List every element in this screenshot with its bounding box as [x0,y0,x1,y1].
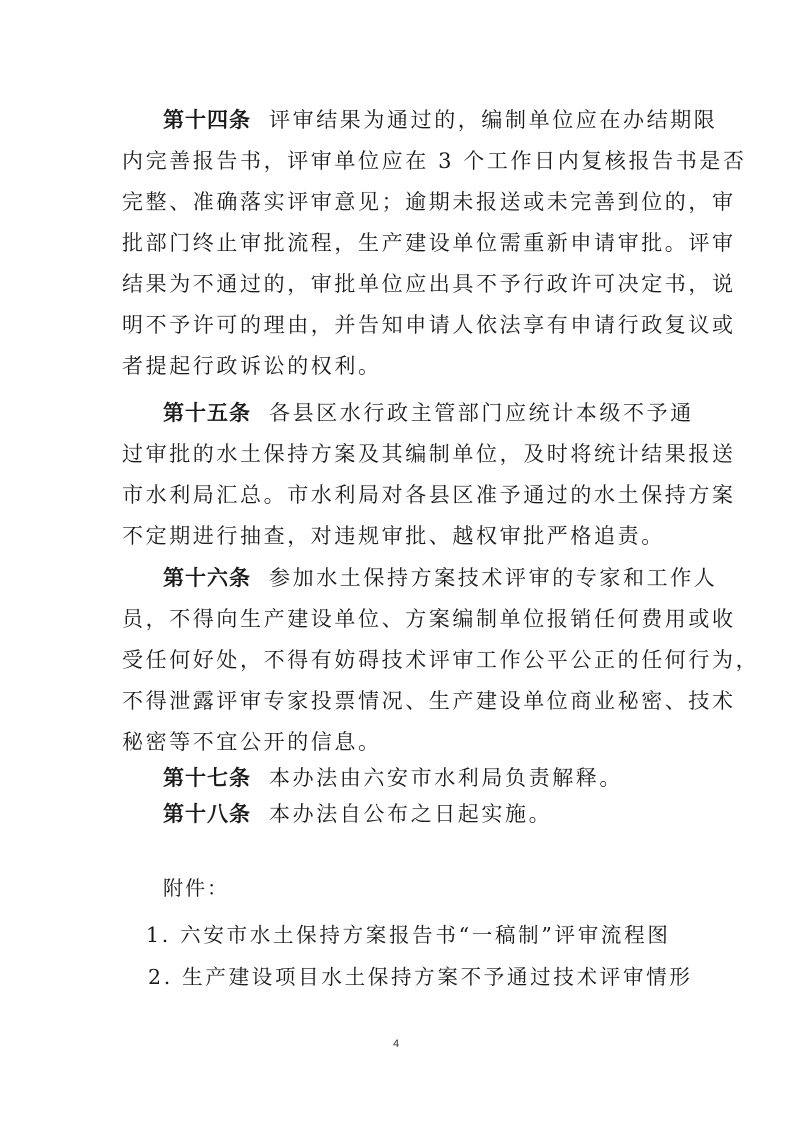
article-line: 不定期进行抽查，对违规审批、越权审批严格追责。 [122,516,670,557]
article-line: 内完善报告书，评审单位应在 3 个工作日内复核报告书是否 [122,141,670,182]
article-number: 第十四条 [163,108,251,132]
article-line: 第十五条各县区水行政主管部门应统计本级不予通 [122,393,670,434]
article-line: 受任何好处，不得有妨碍技术评审工作公平公正的任何行为， [122,640,670,681]
article-number: 第十六条 [163,566,251,590]
article-line: 市水利局汇总。市水利局对各县区准予通过的水土保持方案 [122,475,670,516]
article-text: 参加水土保持方案技术评审的专家和工作人 [269,566,717,590]
article-number: 第十八条 [163,802,251,826]
article-line: 过审批的水土保持方案及其编制单位，及时将统计结果报送 [122,434,670,475]
article-line: 员，不得向生产建设单位、方案编制单位报销任何费用或收 [122,599,670,640]
article-line: 第十四条评审结果为通过的，编制单位应在办结期限 [122,100,670,141]
article-line: 第十六条参加水土保持方案技术评审的专家和工作人 [122,558,670,599]
article-16: 第十六条参加水土保持方案技术评审的专家和工作人 员，不得向生产建设单位、方案编制… [122,558,670,763]
article-text: 本办法由六安市水利局负责解释。 [269,766,623,790]
article-line: 明不予许可的理由，并告知申请人依法享有申请行政复议或 [122,305,670,346]
article-line: 第十八条本办法自公布之日起实施。 [122,796,670,832]
article-number: 第十七条 [163,766,251,790]
article-14: 第十四条评审结果为通过的，编制单位应在办结期限 内完善报告书，评审单位应在 3 … [122,100,670,387]
article-18: 第十八条本办法自公布之日起实施。 [122,796,670,832]
article-text: 各县区水行政主管部门应统计本级不予通 [269,401,694,425]
article-line: 不得泄露评审专家投票情况、生产建设单位商业秘密、技术 [122,681,670,722]
article-text: 本办法自公布之日起实施。 [269,802,552,826]
attachments-label: 附件： [163,872,229,901]
article-line: 者提起行政诉讼的权利。 [122,346,670,387]
document-page: 第十四条评审结果为通过的，编制单位应在办结期限 内完善报告书，评审单位应在 3 … [0,0,793,1122]
article-17: 第十七条本办法由六安市水利局负责解释。 [122,760,670,796]
article-line: 完整、准确落实评审意见；逾期未报送或未完善到位的，审 [122,182,670,223]
attachment-item: 1. 六安市水土保持方案报告书“一稿制”评审流程图 [146,918,671,948]
article-line: 结果为不通过的，审批单位应出具不予行政许可决定书，说 [122,264,670,305]
article-line: 批部门终止审批流程，生产建设单位需重新申请审批。评审 [122,223,670,264]
article-15: 第十五条各县区水行政主管部门应统计本级不予通 过审批的水土保持方案及其编制单位，… [122,393,670,557]
article-line: 秘密等不宜公开的信息。 [122,722,670,763]
article-number: 第十五条 [163,401,251,425]
attachment-item: 2. 生产建设项目水土保持方案不予通过技术评审情形 [148,960,693,990]
page-number: 4 [393,1038,399,1050]
article-line: 第十七条本办法由六安市水利局负责解释。 [122,760,670,796]
article-text: 评审结果为通过的，编制单位应在办结期限 [269,108,717,132]
